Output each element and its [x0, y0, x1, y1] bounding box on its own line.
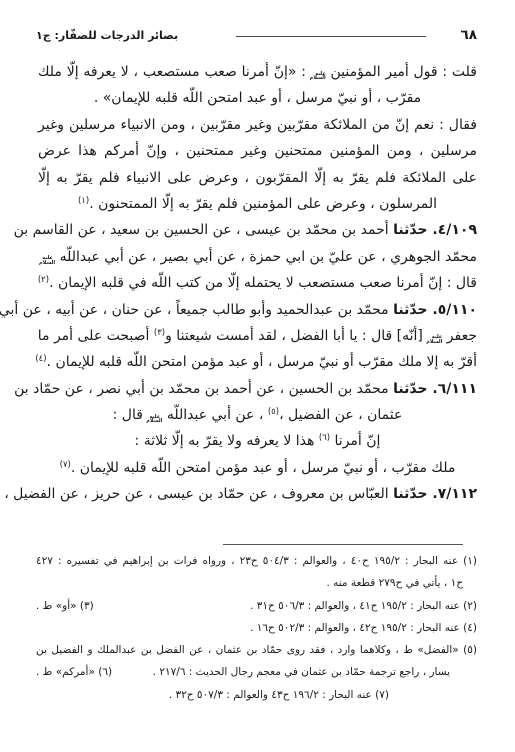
footnote-row: (٥) «الفضل» ط ، وكلاهما وارد ، فقد روى ح…	[36, 639, 477, 661]
footnote-marker: (٤)	[35, 354, 46, 364]
footnote-text: ح١ ، يأتي في ح٢٧٩ قطعة منه .	[326, 577, 463, 589]
text-segment: عثمان ، عن الفضيل ،	[279, 407, 402, 423]
footnote-marker: (٢)	[38, 275, 49, 285]
footnotes: (١) عنه البحار : ١٩٥/٢ ح٤٠ ، والعوالم : …	[36, 550, 477, 706]
text-segment: جعفر	[442, 328, 477, 344]
footnote-marker: (٧)	[60, 460, 71, 470]
footnote-row: (٧) عنه البحار : ١٩٦/٢ ح٤٣ والعوالم : ٥٠…	[36, 684, 477, 706]
text-segment: محمّد بن الحسين ، عن أحمد بن محمّد بن أب…	[14, 381, 393, 397]
hadith-number-and-haddathana: ٧/١١٢. حدّثنا	[393, 486, 477, 502]
alayhi-salam-icon: عليهالسلام	[40, 256, 55, 265]
body-line: مرسلين ، ومن المؤمنين ممتحنين وغير ممتحن…	[38, 138, 477, 164]
alayhi-salam-icon: عليهالسلام	[427, 335, 442, 344]
body-line: ٦/١١١. حدّثنا محمّد بن الحسين ، عن أحمد …	[38, 376, 477, 402]
text-segment: العبّاس بن معروف ، عن حمّاد بن عيسى ، عن…	[0, 486, 393, 502]
text-segment: على الملائكة فلم يقرّ به إلّا المقرّبون …	[38, 170, 477, 186]
footnote-marker: (٦)	[319, 433, 330, 443]
footnote-row: يسار ، راجع ترجمة حمّاد بن عثمان في معجم…	[36, 661, 477, 683]
alayhi-salam-icon: عليهالسلام	[311, 72, 326, 81]
text-segment: قال :	[113, 407, 148, 423]
footnote-marker: (٣)	[154, 328, 165, 338]
page-header: بصائر الدرجات للصفّار: ج١ ٦٨	[36, 26, 477, 44]
hadith-number-and-haddathana: ٤/١٠٩. حدّثنا	[393, 222, 477, 238]
footnote-separator	[223, 544, 463, 545]
header-book-title: بصائر الدرجات للصفّار: ج١	[36, 29, 178, 42]
footnote-text: (٤) عنه البحار : ١٩٥/٢ ح٤٢ ، والعوالم : …	[250, 622, 477, 634]
footnote-row: (٤) عنه البحار : ١٩٥/٢ ح٤٢ ، والعوالم : …	[36, 617, 477, 639]
alayhi-salam-icon: عليهالسلام	[147, 415, 162, 424]
text-segment: هذا لا يعرفه ولا يقرّ به إلّا ثلاثة :	[135, 433, 319, 449]
text-segment: مرسلين ، ومن المؤمنين ممتحنين وغير ممتحن…	[38, 143, 477, 159]
body-line: إنّ أمرنا (٦) هذا لا يعرفه ولا يقرّ به إ…	[38, 428, 477, 454]
footnote-marker: (٥)	[268, 407, 279, 417]
text-segment: : «إنّ أمرنا صعب مستصعب ، لا يعرفه إلّا …	[38, 64, 311, 80]
text-segment: ملك مقرّب ، أو نبيّ مرسل ، أو عبد مؤمن ا…	[71, 460, 456, 476]
footnote-row: (٢) عنه البحار : ١٩٥/٢ ح٤١ ، والعوالم : …	[36, 595, 477, 617]
text-segment: إنّ أمرنا	[330, 433, 380, 449]
body-line: قال : إنّ أمرنا صعب مستصعب لا يحتمله إلّ…	[38, 270, 477, 296]
footnote-text: يسار ، راجع ترجمة حمّاد بن عثمان في معجم…	[153, 661, 450, 683]
body-line: ٥/١١٠. حدّثنا محمّد بن عبدالحميد وأبو طا…	[38, 297, 477, 323]
header-rule	[236, 36, 425, 37]
body-text: قلت : قول أمير المؤمنين عليهالسلام : «إن…	[38, 59, 477, 508]
text-segment: أحمد بن محمّد بن عيسى ، عن الحسين بن سعي…	[14, 222, 393, 238]
footnote-row: (١) عنه البحار : ١٩٥/٢ ح٤٠ ، والعوالم : …	[36, 550, 477, 572]
text-segment: ، عن أبي عبداللّه	[162, 407, 267, 423]
hadith-number-and-haddathana: ٥/١١٠. حدّثنا	[393, 302, 477, 318]
body-line: ٧/١١٢. حدّثنا العبّاس بن معروف ، عن حمّا…	[38, 481, 477, 507]
text-segment: محمّد الجوهري ، عن عليّ بن ابي حمزة ، عن…	[55, 249, 477, 265]
footnote-text-left: (٦) «أمركم» ط .	[36, 661, 112, 683]
body-line: محمّد الجوهري ، عن عليّ بن ابي حمزة ، عن…	[38, 244, 477, 270]
text-segment: [أنّه] قال : يا أبا الفضل ، لقد أمست شيع…	[165, 328, 427, 344]
body-line: على الملائكة فلم يقرّ به إلّا المقرّبون …	[38, 165, 477, 191]
body-line: مقرّب ، أو نبيّ مرسل ، أو عبد امتحن اللّ…	[38, 85, 477, 111]
text-segment: محمّد بن عبدالحميد وأبو طالب جميعاً ، عن…	[0, 302, 393, 318]
body-line: ملك مقرّب ، أو نبيّ مرسل ، أو عبد مؤمن ا…	[38, 455, 477, 481]
text-segment: أصبحت على أمر ما	[38, 328, 154, 344]
book-page: بصائر الدرجات للصفّار: ج١ ٦٨ قلت : قول أ…	[0, 0, 515, 752]
body-line: المرسلون ، وعرض على المؤمنين فلم يقرّ به…	[38, 191, 477, 217]
text-segment: مقرّب ، أو نبيّ مرسل ، أو عبد امتحن اللّ…	[94, 90, 421, 106]
text-segment: فقال : نعم إنّ من الملائكة مقرّبين وغير …	[38, 117, 477, 133]
body-line: أقرّ به إلا ملك مقرّب أو نبيّ مرسل ، أو …	[38, 349, 477, 375]
text-segment: أقرّ به إلا ملك مقرّب أو نبيّ مرسل ، أو …	[47, 354, 477, 370]
text-segment: قلت : قول أمير المؤمنين	[326, 64, 477, 80]
body-line: جعفر عليهالسلام [أنّه] قال : يا أبا الفض…	[38, 323, 477, 349]
text-segment: المرسلون ، وعرض على المؤمنين فلم يقرّ به…	[89, 196, 437, 212]
hadith-number-and-haddathana: ٦/١١١. حدّثنا	[393, 381, 477, 397]
footnote-row: ح١ ، يأتي في ح٢٧٩ قطعة منه .	[36, 572, 477, 594]
body-line: قلت : قول أمير المؤمنين عليهالسلام : «إن…	[38, 59, 477, 85]
footnote-text-left: (٣) «أو» ط .	[36, 595, 94, 617]
body-line: فقال : نعم إنّ من الملائكة مقرّبين وغير …	[38, 112, 477, 138]
body-line: ٤/١٠٩. حدّثنا أحمد بن محمّد بن عيسى ، عن…	[38, 217, 477, 243]
text-segment: قال : إنّ أمرنا صعب مستصعب لا يحتمله إلّ…	[49, 275, 477, 291]
page-number: ٦٨	[461, 27, 477, 43]
footnote-text: (٧) عنه البحار : ١٩٦/٢ ح٤٣ والعوالم : ٥٠…	[169, 689, 389, 701]
footnote-marker: (١)	[78, 196, 89, 206]
body-line: عثمان ، عن الفضيل ،(٥) ، عن أبي عبداللّه…	[38, 402, 477, 428]
footnote-text: (٢) عنه البحار : ١٩٥/٢ ح٤١ ، والعوالم : …	[250, 595, 477, 617]
